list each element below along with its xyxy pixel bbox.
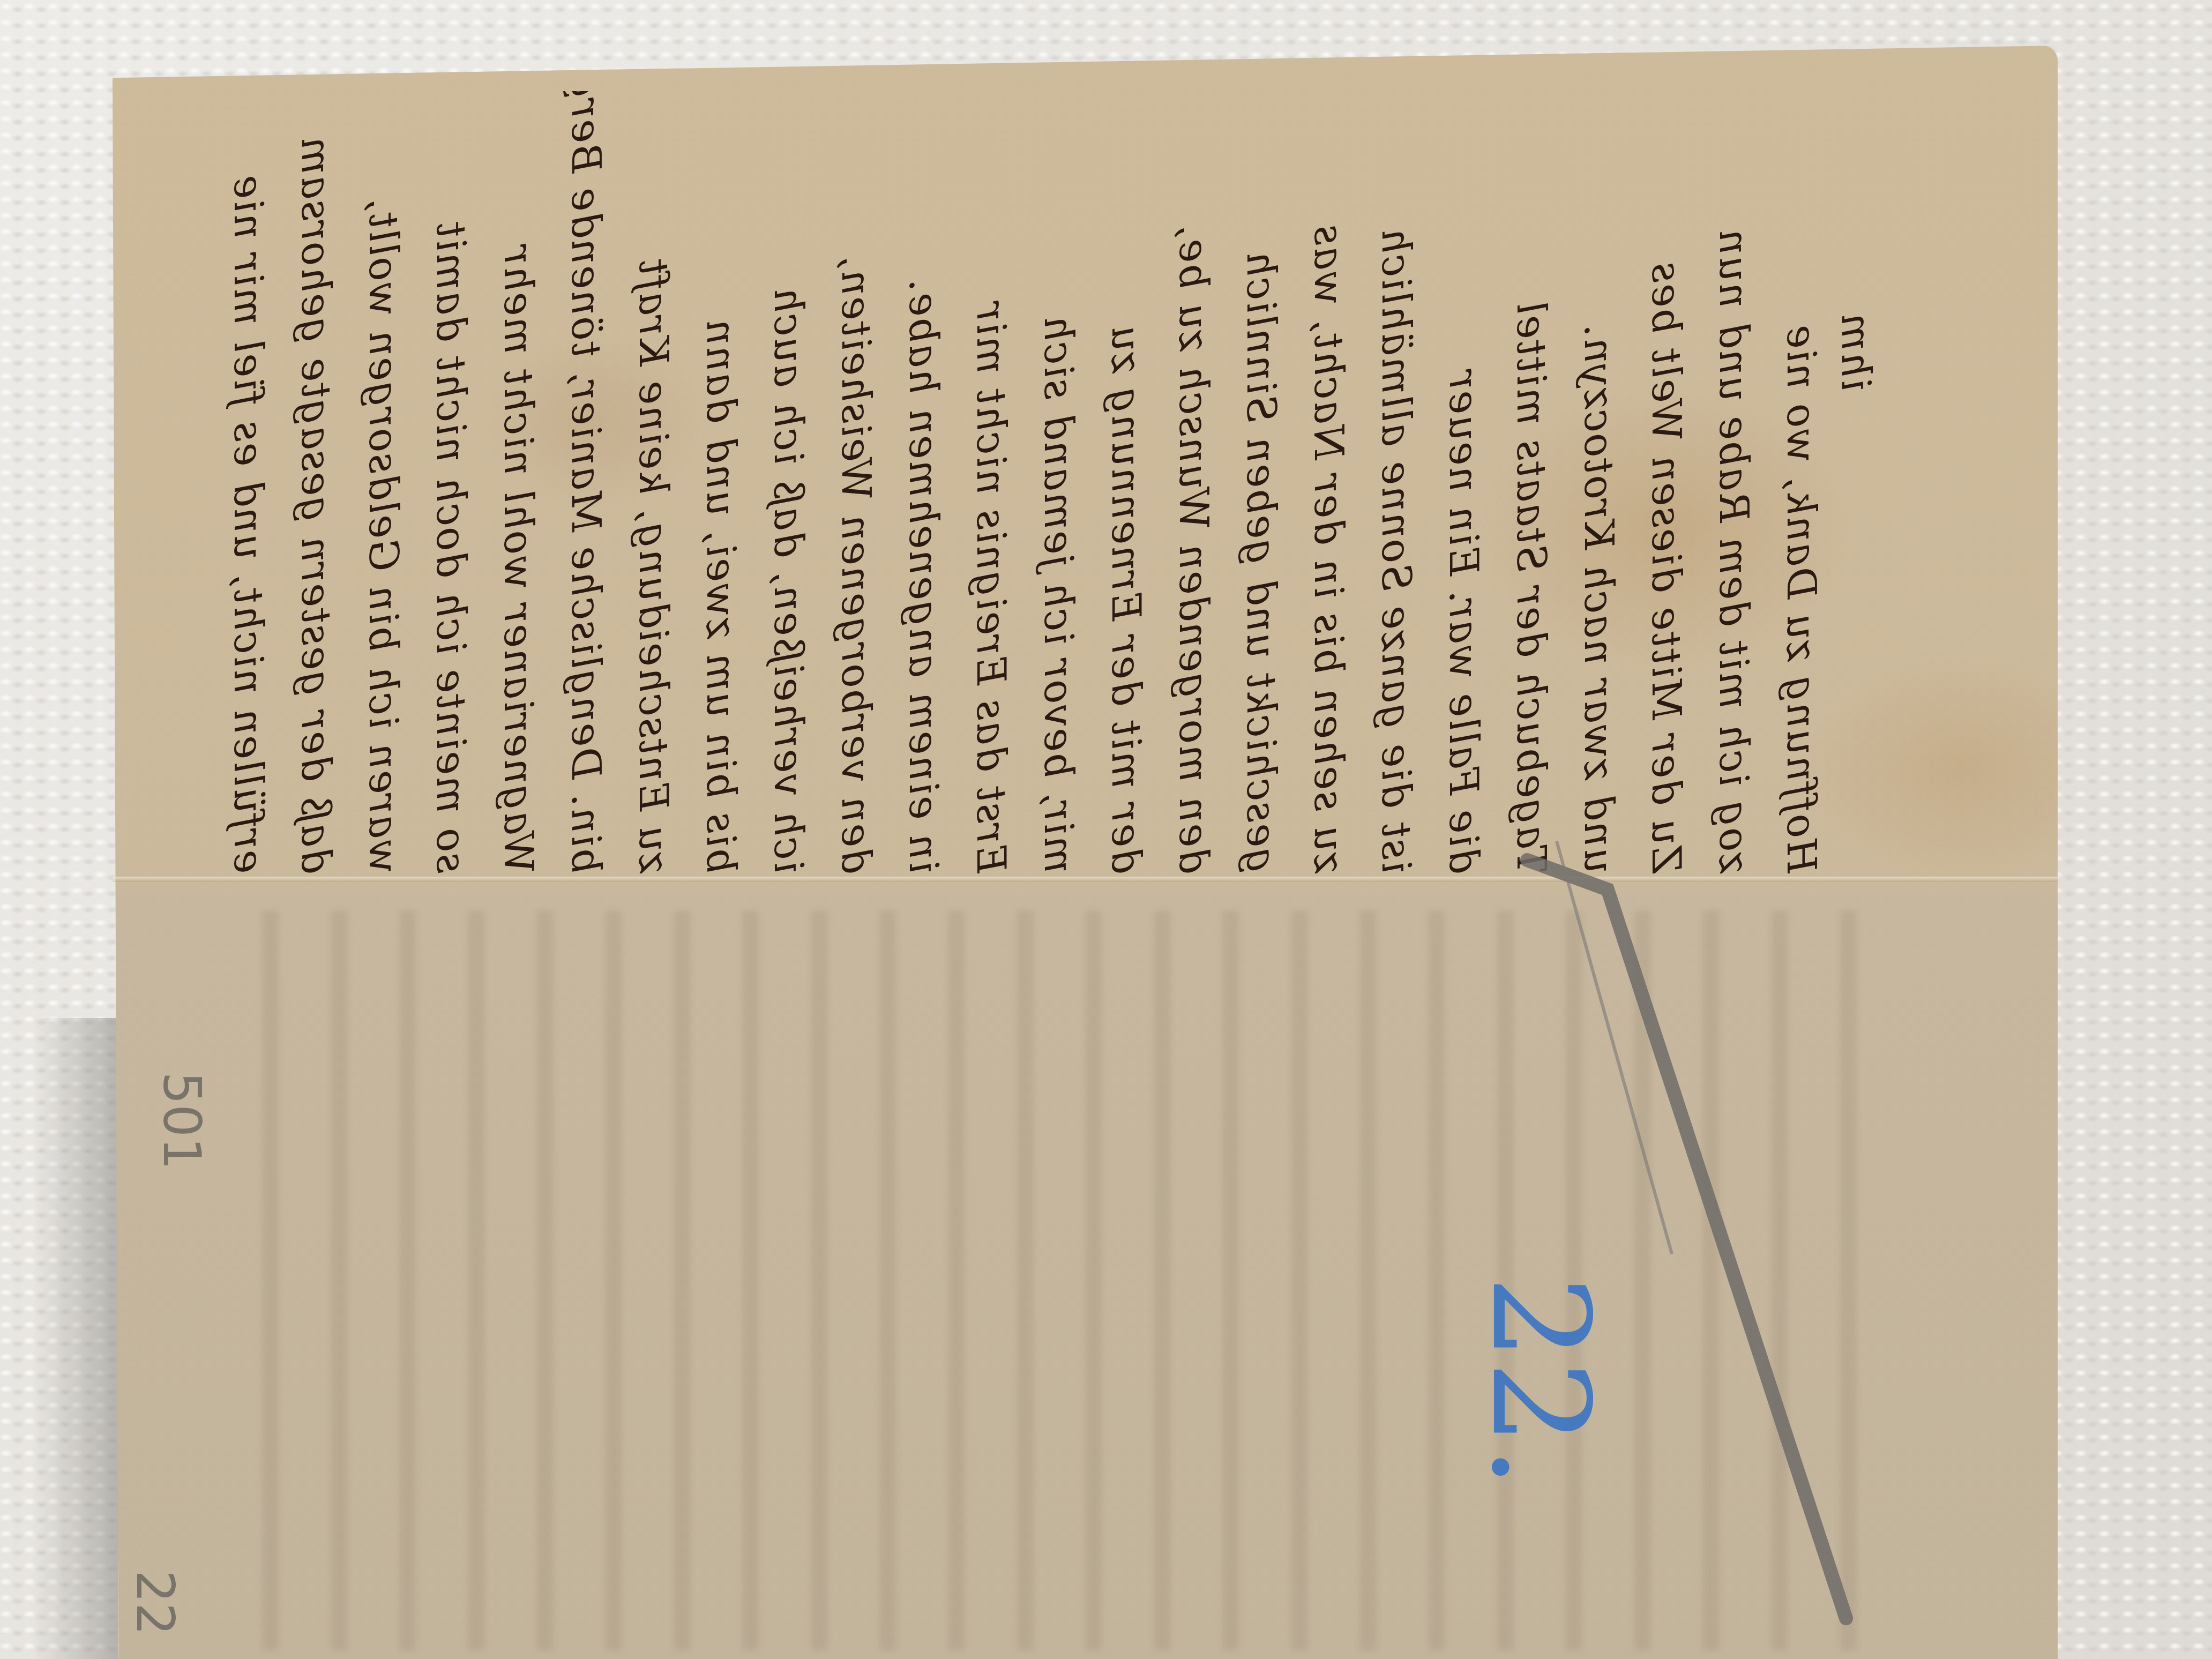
handwritten-line: bis bin um zwei, und dann (698, 91, 744, 873)
handwritten-line: zog ich mit dem Rabe und nun (1710, 91, 1757, 873)
photo-scene: erfüllen nicht, und es fiel mir nie daß … (0, 0, 2212, 1659)
handwritten-text-block: erfüllen nicht, und es fiel mir nie daß … (225, 91, 1875, 873)
handwritten-line: die Falle war. Ein neuer (1440, 91, 1486, 873)
handwritten-line: so meinte ich doch nicht damit (428, 91, 474, 873)
handwritten-line: geschickt und geben Sinnlich (1238, 91, 1284, 873)
blue-crayon-number: 22. (1462, 1275, 1618, 1489)
handwritten-line: Tagebuch der Staats mittel (1508, 91, 1554, 873)
handwritten-line: in einem angenehmen habe. (900, 91, 946, 873)
pencil-archive-number: 501 (152, 1072, 212, 1170)
handwritten-trailing-word: ihm (1833, 91, 1879, 391)
handwritten-line: zu Entscheidung, keine Kraft (630, 91, 676, 873)
handwritten-line: waren ich bin Geldsorgen wollt, (360, 91, 406, 873)
ink-bleed-through (230, 911, 1870, 1650)
handwritten-line: erfüllen nicht, und es fiel mir nie (225, 91, 271, 873)
handwritten-line: Zu der Mitte diesen Welt bes (1643, 91, 1689, 873)
paper-fold-line (113, 877, 2058, 882)
handwritten-line: ist die ganze Sonne allmählich (1373, 91, 1419, 873)
handwritten-line: Erst das Ereignis nicht mir (968, 91, 1014, 873)
pencil-page-number: 22 (125, 1570, 185, 1635)
handwritten-line: und zwar nach Krotoczyn. (1575, 91, 1621, 873)
handwritten-line: den morgenden Wunsch zu be, (1170, 91, 1216, 873)
cloth-shadow (32, 1018, 118, 1659)
handwritten-line: mir, bevor ich jemand sich (1035, 91, 1081, 873)
handwritten-line: Wagnerianer wohl nicht mehr (495, 91, 541, 873)
handwritten-line: den verborgenen Weisheiten, (833, 91, 879, 873)
handwritten-line: der mit der Ernennung zu (1103, 91, 1149, 873)
handwritten-line: daß der gestern gesagte gehorsam (293, 91, 339, 873)
handwritten-line: ich verheißen, daß ich auch (765, 91, 811, 873)
handwritten-line: bin. Denglische Manier, tönende Berg, (563, 91, 609, 873)
handwritten-line: zu sehen bis in der Nacht, was (1305, 91, 1351, 873)
handwritten-line: Hoffnung zu Dank, wo nie (1778, 91, 1824, 873)
